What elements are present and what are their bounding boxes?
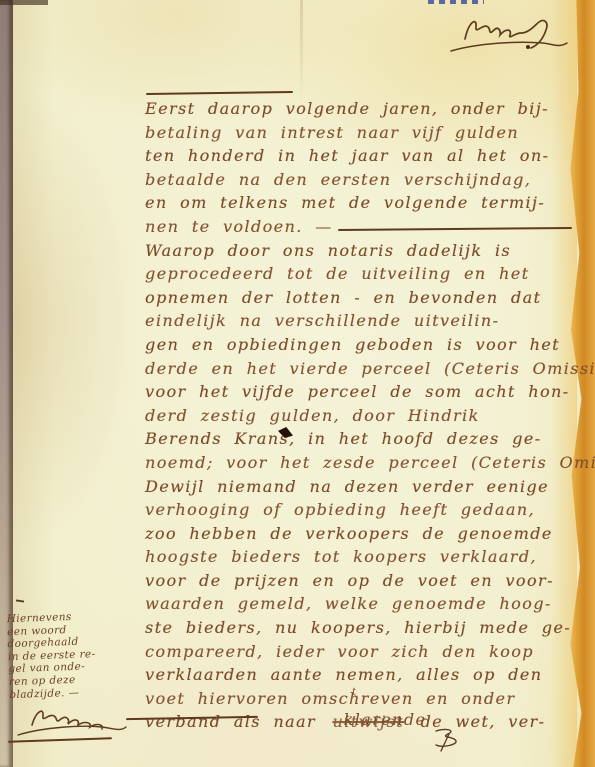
- paraph-flourish-icon: [443, 5, 575, 60]
- handwritten-line: betaalde na den eersten verschijndag,: [145, 168, 575, 192]
- handwritten-line: waarden gemeld, welke genoemde hoog-: [145, 592, 575, 616]
- closing-paraph: [428, 726, 466, 754]
- handwritten-line: Eerst daarop volgende jaren, onder bij-: [145, 97, 575, 121]
- blue-stamp-fragment: [428, 0, 484, 4]
- handwritten-line: eindelijk na verschillende uitveilin-: [145, 309, 575, 333]
- handwritten-line: verklaarden aante nemen, alles op den: [145, 663, 575, 687]
- handwritten-line: voor het vijfde perceel de som acht hon-: [145, 380, 575, 404]
- scanned-document-page: Eerst daarop volgende jaren, onder bij- …: [0, 0, 595, 767]
- handwritten-line: betaling van intrest naar vijf gulden: [145, 121, 575, 145]
- line-segment: verband als naar: [145, 712, 316, 731]
- ink-dot: [526, 45, 530, 49]
- handwritten-line: zoo hebben de verkoopers de genoemde: [145, 522, 575, 546]
- handwritten-line: geprocedeerd tot de uitveiling en het: [145, 262, 575, 286]
- page-top-edge-shadow: [0, 0, 48, 5]
- paraph-flourish-icon: [14, 699, 132, 744]
- handwritten-line: compareerd, ieder voor zich den koop: [145, 640, 575, 664]
- margin-paraph-signature: [14, 699, 132, 744]
- handwritten-text-block: Eerst daarop volgende jaren, onder bij- …: [145, 97, 575, 734]
- paper-fold-shade: [300, 0, 303, 110]
- notary-paraph-signature: [443, 5, 575, 60]
- handwritten-line: ste bieders, nu koopers, hierbij mede ge…: [145, 616, 575, 640]
- handwritten-line: derd zestig gulden, door Hindrik: [145, 404, 575, 428]
- handwritten-line: derde en het vierde perceel (Ceteris Omi…: [145, 357, 575, 381]
- margin-annotation: Hiernevens een woord doorgehaald in de e…: [6, 609, 134, 701]
- handwritten-line: ten honderd in het jaar van al het on-: [145, 144, 575, 168]
- handwritten-line: Waarop door ons notaris dadelijk is: [145, 239, 575, 263]
- handwritten-line: verhooging of opbieding heeft gedaan,: [145, 498, 575, 522]
- handwritten-line: en om telkens met de volgende termij-: [145, 191, 575, 215]
- insertion-mark: t: [352, 687, 356, 698]
- handwritten-line: noemd; voor het zesde perceel (Ceteris O…: [145, 451, 575, 475]
- handwritten-line: voor de prijzen en op de voet en voor-: [145, 569, 575, 593]
- handwritten-line: Berends Krans, in het hoofd dezes ge-: [145, 427, 575, 451]
- handwritten-line: opnemen der lotten - en bevonden dat: [145, 286, 575, 310]
- handwritten-line: hoogste bieders tot koopers verklaard,: [145, 545, 575, 569]
- handwritten-line: voet hiervoren omschreven en onder: [145, 687, 575, 711]
- handwritten-line: Dewijl niemand na dezen verder eenige: [145, 475, 575, 499]
- handwritten-line: gen en opbiedingen geboden is voor het: [145, 333, 575, 357]
- paraph-squiggle-icon: [428, 726, 466, 754]
